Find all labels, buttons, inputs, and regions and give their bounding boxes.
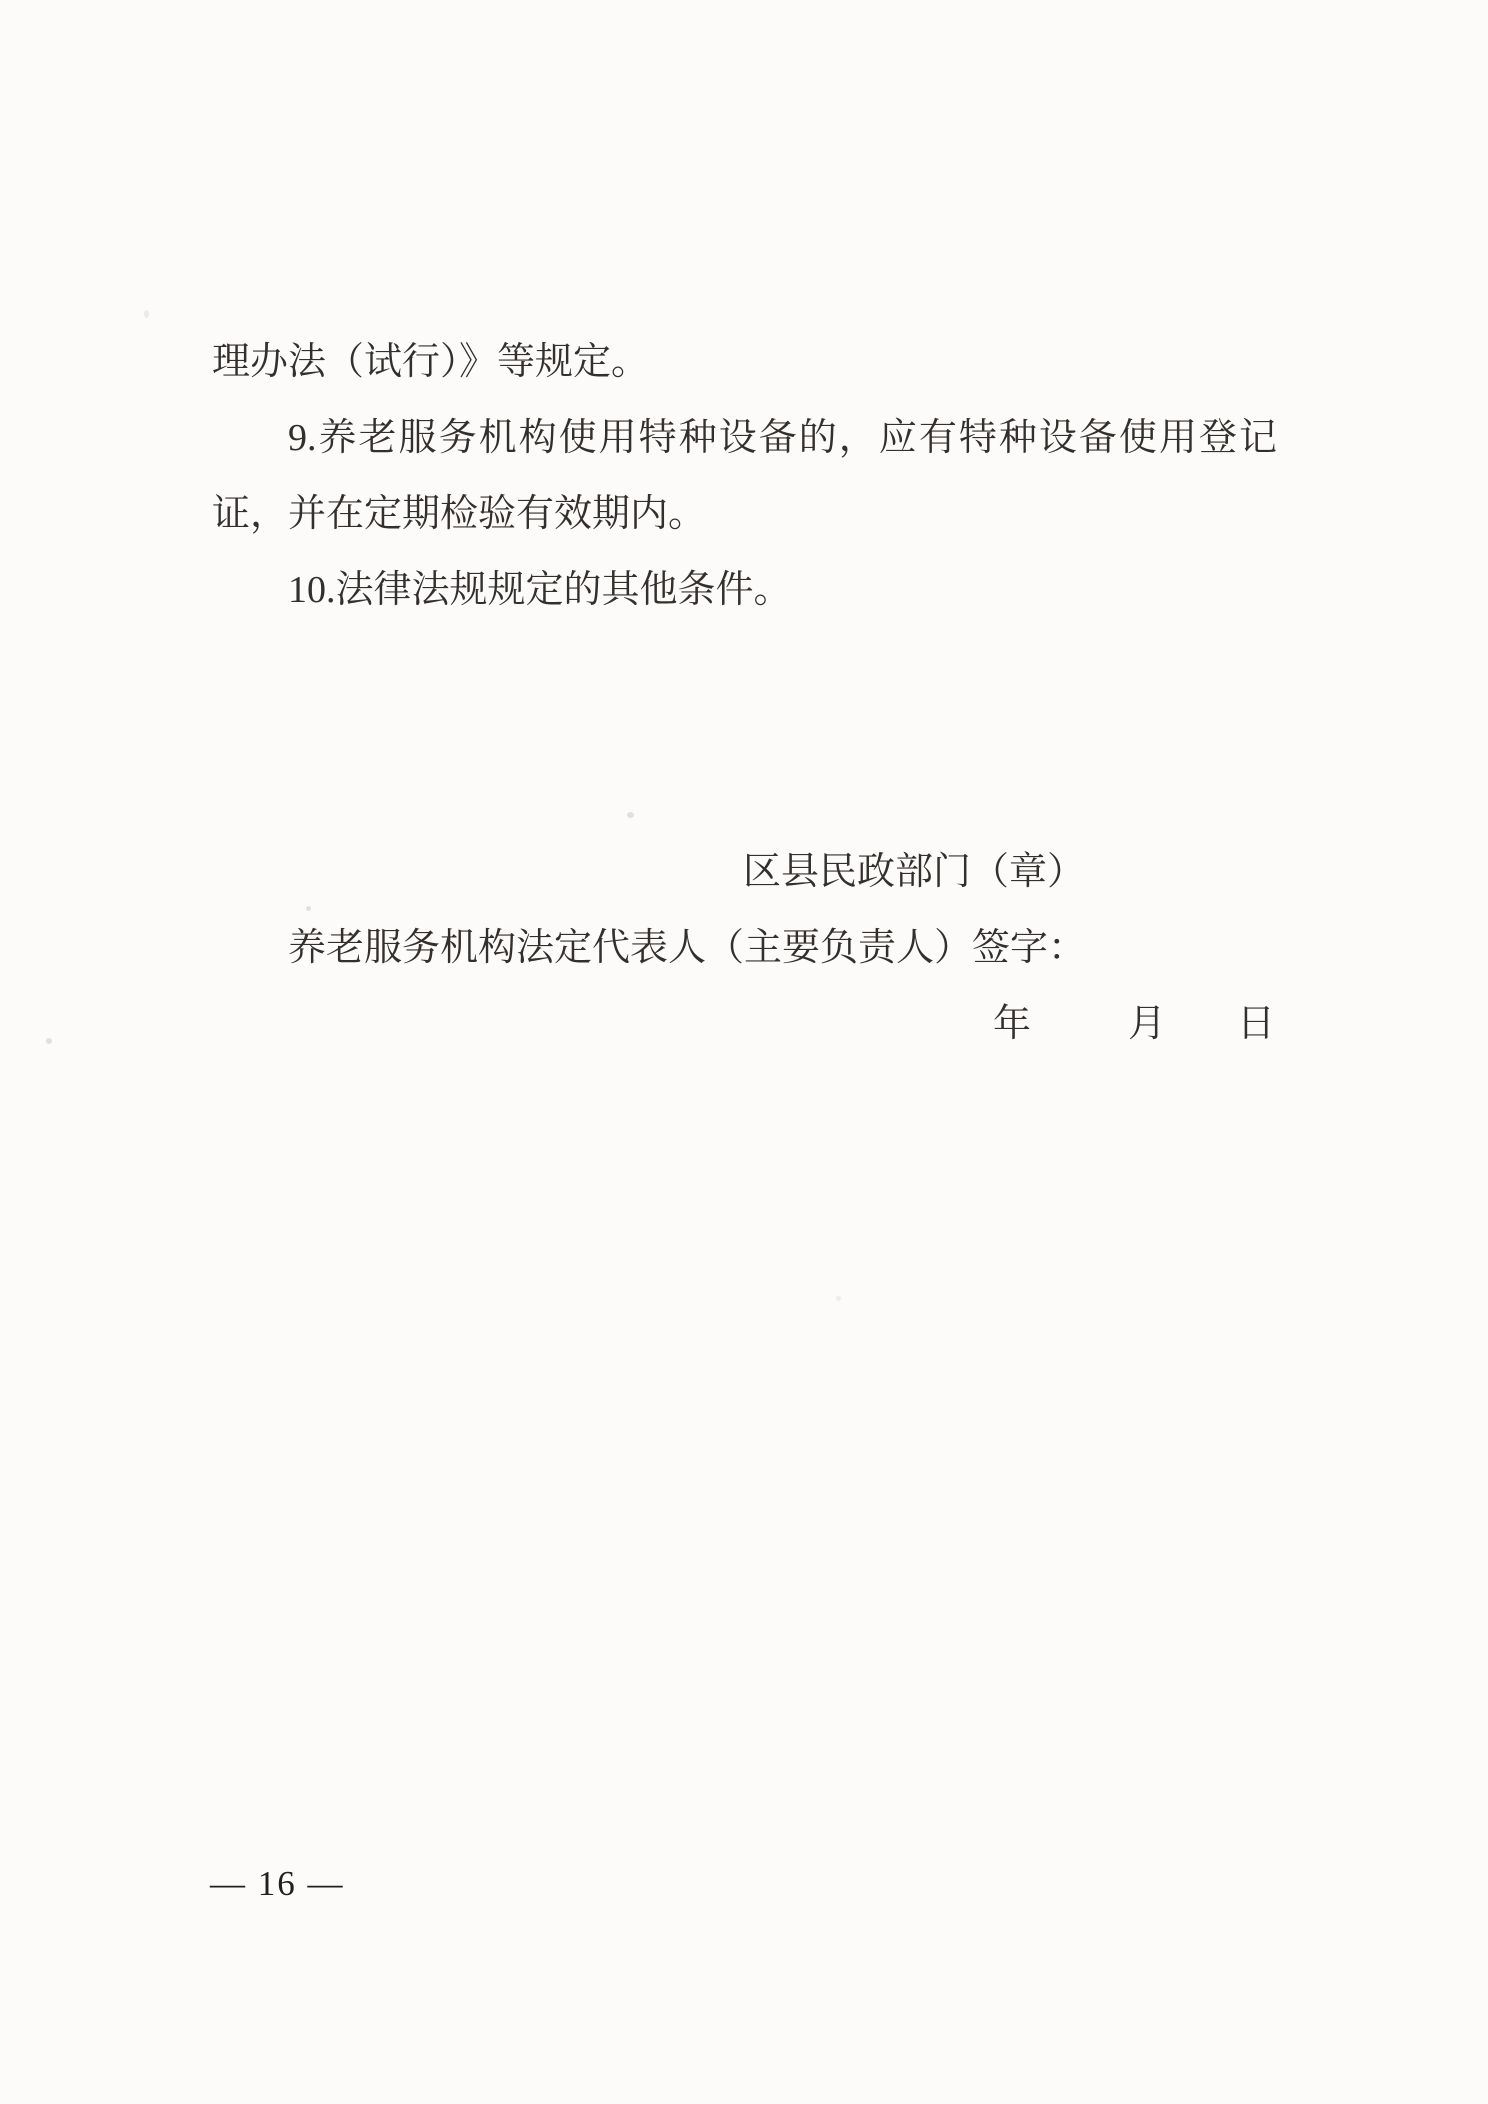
- signature-block: 区县民政部门（章） 养老服务机构法定代表人（主要负责人）签字： 年月日: [212, 834, 1277, 1062]
- legal-representative-signature-line: 养老服务机构法定代表人（主要负责人）签字：: [212, 910, 1277, 986]
- body-paragraphs: 理办法（试行）》等规定。 9.养老服务机构使用特种设备的，应有特种设备使用登记 …: [212, 324, 1277, 628]
- date-line: 年月日: [993, 986, 1277, 1062]
- body-line-item-10: 10.法律法规规定的其他条件。: [212, 552, 1277, 628]
- scan-speckle: [627, 812, 634, 818]
- body-line-item-9-continuation: 证，并在定期检验有效期内。: [212, 476, 1277, 552]
- text-block: 理办法（试行）》等规定。 9.养老服务机构使用特种设备的，应有特种设备使用登记 …: [0, 0, 1488, 1062]
- body-line-continuation: 理办法（试行）》等规定。: [212, 324, 1277, 400]
- date-day-label: 日: [1237, 1003, 1275, 1045]
- scan-speckle: [46, 1038, 52, 1044]
- body-line-item-9: 9.养老服务机构使用特种设备的，应有特种设备使用登记: [212, 400, 1277, 476]
- document-page: 理办法（试行）》等规定。 9.养老服务机构使用特种设备的，应有特种设备使用登记 …: [0, 0, 1488, 2104]
- page-number: — 16 —: [210, 1862, 345, 1906]
- date-year-label: 年: [993, 1003, 1031, 1045]
- scan-speckle: [306, 906, 311, 911]
- scan-speckle: [144, 310, 149, 318]
- scan-speckle: [836, 1296, 841, 1301]
- date-month-label: 月: [1128, 1003, 1166, 1045]
- authority-seal-line: 区县民政部门（章）: [743, 834, 1277, 910]
